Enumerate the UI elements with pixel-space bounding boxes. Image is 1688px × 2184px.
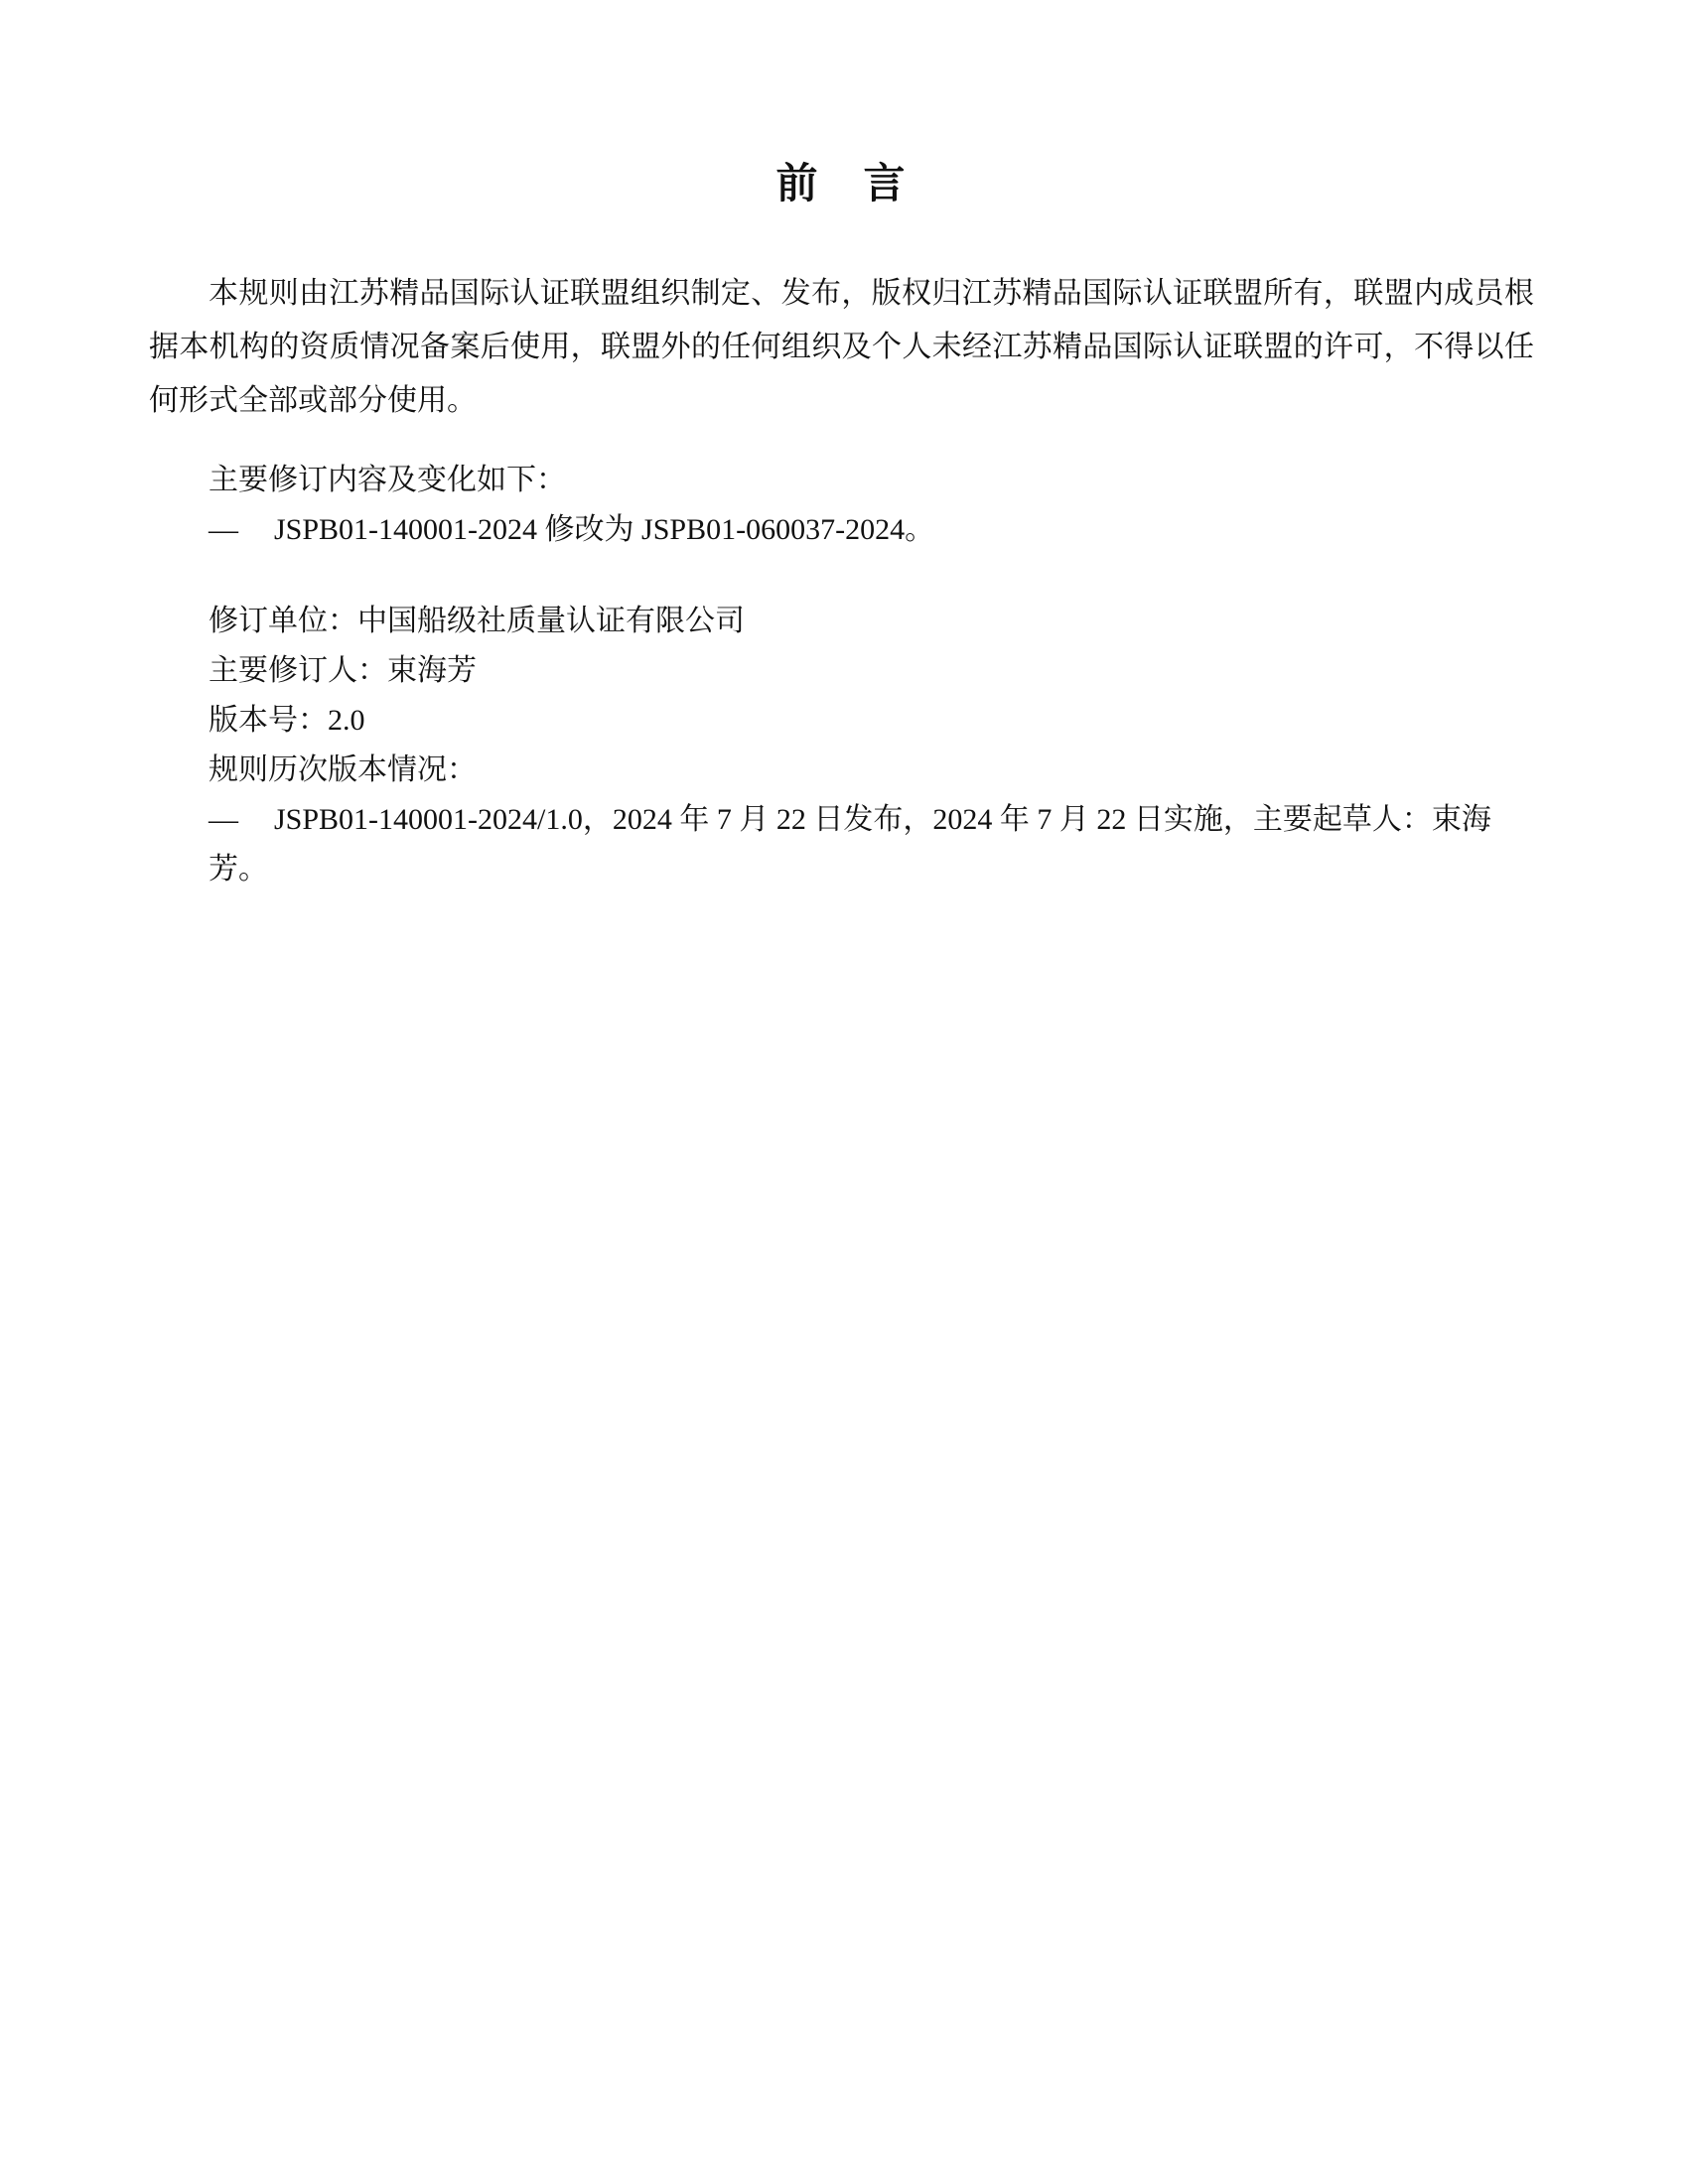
- history-item: —JSPB01-140001-2024/1.0，2024 年 7 月 22 日发…: [149, 795, 1534, 894]
- document-page: 前 言 本规则由江苏精品国际认证联盟组织制定、发布，版权归江苏精品国际认证联盟所…: [0, 0, 1688, 2184]
- intro-paragraph: 本规则由江苏精品国际认证联盟组织制定、发布，版权归江苏精品国际认证联盟所有，联盟…: [149, 267, 1534, 428]
- dash-marker: —: [209, 795, 244, 845]
- meta-line-main-reviser: 主要修订人：束海芳: [149, 646, 1534, 696]
- history-item-text: JSPB01-140001-2024/1.0，2024 年 7 月 22 日发布…: [209, 803, 1491, 886]
- revision-section: 主要修订内容及变化如下： —JSPB01-140001-2024 修改为 JSP…: [149, 456, 1534, 555]
- revision-intro-line: 主要修订内容及变化如下：: [149, 456, 1534, 505]
- page-title: 前 言: [149, 164, 1534, 205]
- meta-line-history-heading: 规则历次版本情况：: [149, 746, 1534, 795]
- revision-item-text: JSPB01-140001-2024 修改为 JSPB01-060037-202…: [274, 513, 934, 546]
- meta-line-version-number: 版本号：2.0: [149, 696, 1534, 746]
- meta-line-revising-unit: 修订单位：中国船级社质量认证有限公司: [149, 597, 1534, 646]
- dash-marker: —: [209, 505, 244, 555]
- meta-section: 修订单位：中国船级社质量认证有限公司 主要修订人：束海芳 版本号：2.0 规则历…: [149, 597, 1534, 894]
- revision-item: —JSPB01-140001-2024 修改为 JSPB01-060037-20…: [149, 505, 1534, 555]
